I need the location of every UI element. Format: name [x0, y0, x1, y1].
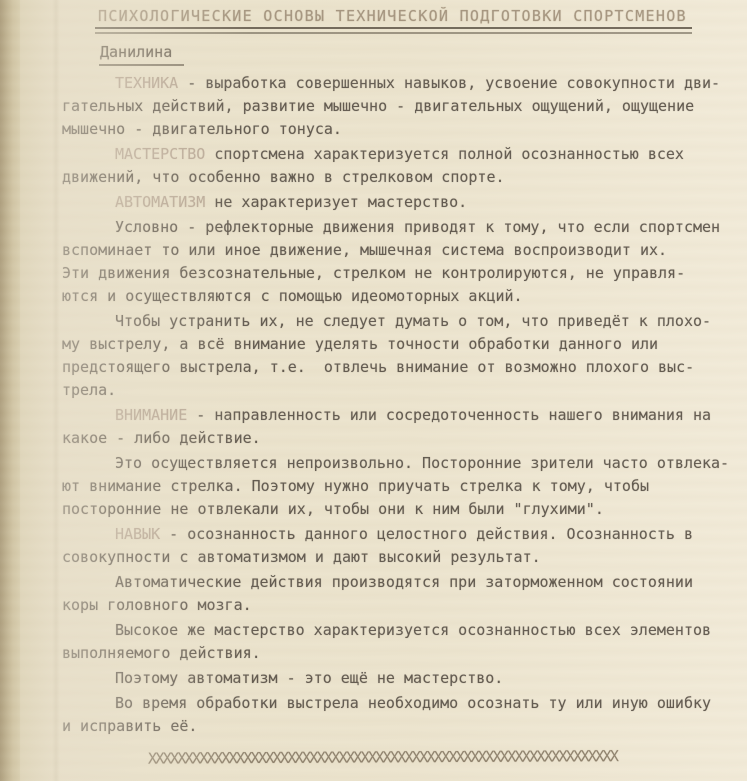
paragraph-text: Автоматические действия производятся при…: [62, 573, 693, 614]
paragraph-uslovno-reflektornye: Условно - рефлекторные движения приводят…: [62, 216, 747, 308]
term-tehnika: ТЕХНИКА: [115, 74, 178, 92]
term-avtomatizm: АВТОМАТИЗМ: [115, 193, 205, 211]
term-vnimanie: ВНИМАНИЕ: [115, 406, 187, 424]
paragraph-text: Высокое же мастерство характеризуется ос…: [62, 621, 711, 662]
paragraph-text: Во время обработки выстрела необходимо о…: [62, 694, 711, 735]
typed-x-divider: XXXXXXXXXXXXXXXXXXXXXXXXXXXXXXXXXXXXXXXX…: [148, 747, 747, 766]
paragraph-vo-vremya-obrabotki: Во время обработки выстрела необходимо о…: [62, 692, 747, 738]
page-left-edge-shadow: [0, 0, 20, 781]
paragraph-vysokoe-masterstvo: Высокое же мастерство характеризуется ос…: [62, 619, 747, 665]
vertical-paper-crease: [52, 0, 60, 781]
scanned-typewritten-page: ПСИХОЛОГИЧЕСКИЕ ОСНОВЫ ТЕХНИЧЕСКОЙ ПОДГО…: [0, 0, 747, 781]
paragraph-text: не характеризует мастерство.: [205, 193, 467, 211]
paragraph-text: Чтобы устранить их, не следует думать о …: [62, 312, 711, 399]
paragraph-vnimanie: ВНИМАНИЕ - направленность или сосредоточ…: [62, 404, 747, 450]
paragraph-neproizvolno: Это осуществляется непроизвольно. Постор…: [62, 452, 747, 521]
paragraph-avtomatizm: АВТОМАТИЗМ не характеризует мастерство.: [62, 191, 747, 214]
paragraph-poetomu-avtomatizm: Поэтому автоматизм - это ещё не мастерст…: [62, 667, 747, 690]
paragraph-text: Это осуществляется непроизвольно. Постор…: [62, 454, 729, 518]
document-title: ПСИХОЛОГИЧЕСКИЕ ОСНОВЫ ТЕХНИЧЕСКОЙ ПОДГО…: [98, 6, 747, 26]
title-underline: [95, 27, 692, 34]
paragraph-tehnika: ТЕХНИКА - выработка совершенных навыков,…: [62, 72, 747, 141]
term-navyk: НАВЫК: [115, 525, 160, 543]
document-body: ТЕХНИКА - выработка совершенных навыков,…: [62, 72, 747, 738]
paragraph-chtoby-ustranit: Чтобы устранить их, не следует думать о …: [62, 310, 747, 402]
paragraph-avtomaticheskie-deystviya: Автоматические действия производятся при…: [62, 571, 747, 617]
paragraph-masterstvo: МАСТЕРСТВО спортсмена характеризуется по…: [62, 143, 747, 189]
term-masterstvo: МАСТЕРСТВО: [115, 145, 205, 163]
page-content: ПСИХОЛОГИЧЕСКИЕ ОСНОВЫ ТЕХНИЧЕСКОЙ ПОДГО…: [62, 4, 747, 765]
paragraph-navyk: НАВЫК - осознанность данного целостного …: [62, 523, 747, 569]
paragraph-text: Условно - рефлекторные движения приводят…: [62, 218, 720, 305]
paragraph-text: Поэтому автоматизм - это ещё не мастерст…: [115, 669, 503, 687]
author-name: Данилина: [99, 43, 184, 66]
